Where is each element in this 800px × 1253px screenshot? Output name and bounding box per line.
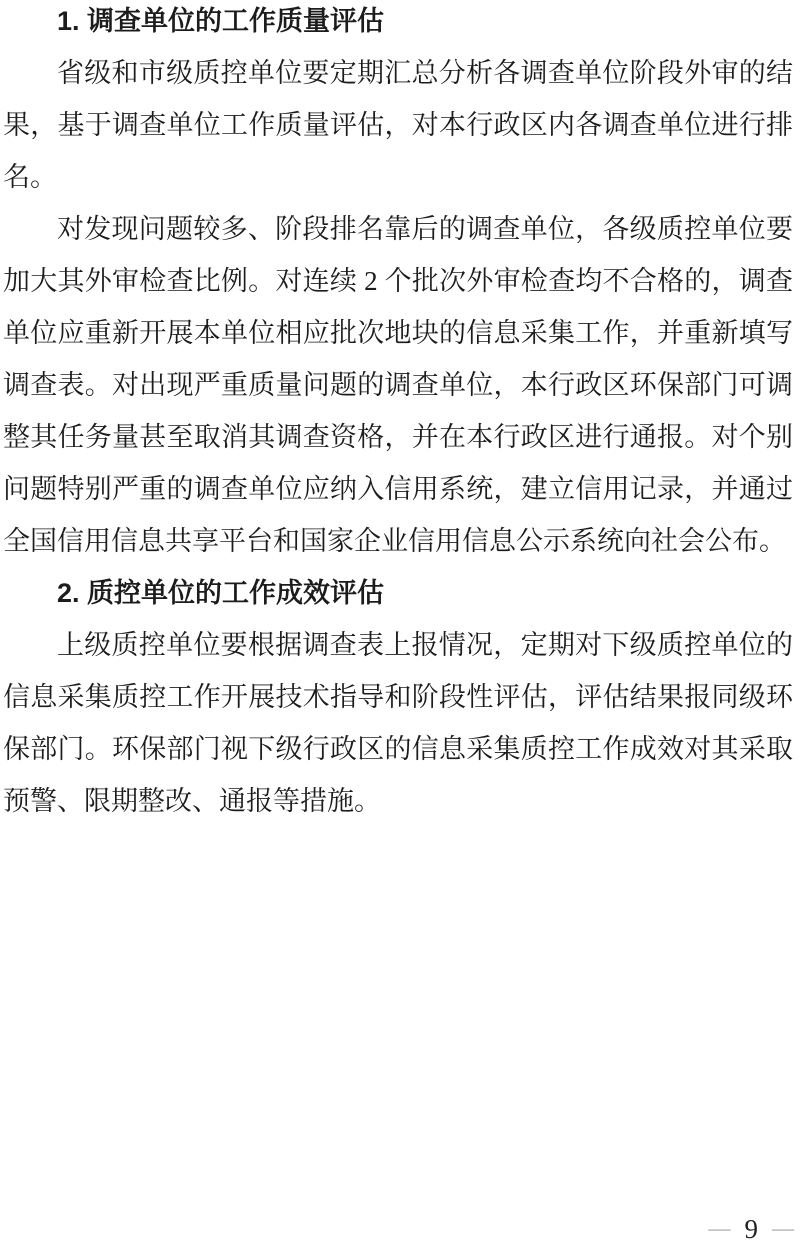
page-number: 9 — [745, 1216, 759, 1243]
section-heading-1: 1. 调查单位的工作质量评估 — [3, 0, 793, 47]
footer-dash-right: — — [772, 1220, 794, 1238]
page-footer: — 9 — — [709, 1211, 795, 1247]
footer-dash-left: — — [709, 1220, 731, 1238]
paragraph-3: 上级质控单位要根据调查表上报情况，定期对下级质控单位的信息采集质控工作开展技术指… — [3, 619, 793, 827]
paragraph-1: 省级和市级质控单位要定期汇总分析各调查单位阶段外审的结果，基于调查单位工作质量评… — [3, 47, 793, 203]
document-body: 1. 调查单位的工作质量评估 省级和市级质控单位要定期汇总分析各调查单位阶段外审… — [3, 0, 793, 827]
paragraph-2: 对发现问题较多、阶段排名靠后的调查单位，各级质控单位要加大其外审检查比例。对连续… — [3, 203, 793, 567]
document-page: 1. 调查单位的工作质量评估 省级和市级质控单位要定期汇总分析各调查单位阶段外审… — [0, 0, 800, 1253]
section-heading-2: 2. 质控单位的工作成效评估 — [3, 567, 793, 619]
